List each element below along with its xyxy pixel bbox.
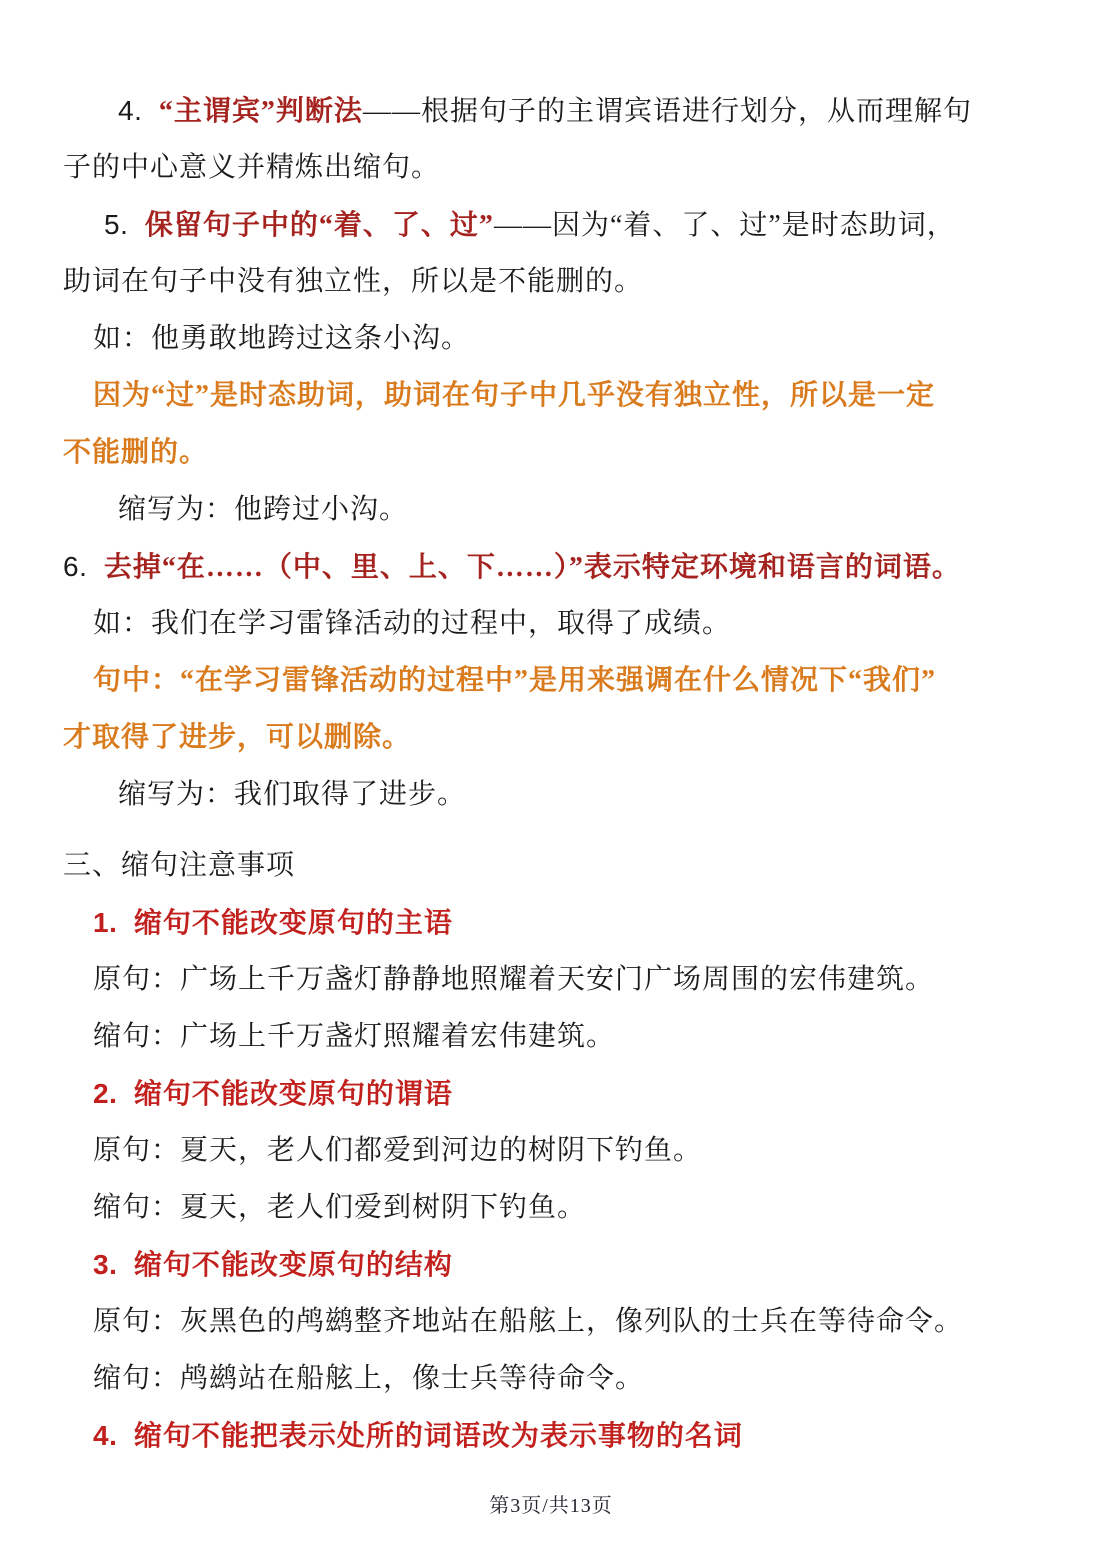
text-segment: 缩句：广场上千万盏灯照耀着宏伟建筑。 <box>93 1021 615 1052</box>
text-line: 助词在句子中没有独立性，所以是不能删的。 <box>63 253 1041 310</box>
text-segment: 缩写为：他跨过小沟。 <box>118 494 408 525</box>
text-segment: 如：他勇敢地跨过这条小沟。 <box>93 323 470 354</box>
explanation: 不能删的。 <box>63 437 208 468</box>
text-segment: ——根据句子的主谓宾语进行划分，从而理解句 <box>363 96 972 127</box>
item-number: 4. <box>118 95 159 126</box>
text-segment: 缩句：夏天，老人们爱到树阴下钓鱼。 <box>93 1192 586 1223</box>
text-line: 缩句：鸬鹚站在船舷上，像士兵等待命令。 <box>63 1350 1041 1407</box>
text-line: 句中：“在学习雷锋活动的过程中”是用来强调在什么情况下“我们” <box>63 652 1041 709</box>
item-number: 3. <box>93 1249 134 1280</box>
text-line: 2. 缩句不能改变原句的谓语 <box>63 1065 1041 1122</box>
text-line: 1. 缩句不能改变原句的主语 <box>63 894 1041 951</box>
item-number: 6. <box>63 551 104 582</box>
text-line: 缩句：广场上千万盏灯照耀着宏伟建筑。 <box>63 1008 1041 1065</box>
note-title: 缩句不能改变原句的主语 <box>134 908 453 939</box>
text-line: 原句：夏天，老人们都爱到河边的树阴下钓鱼。 <box>63 1122 1041 1179</box>
text-line: 缩句：夏天，老人们爱到树阴下钓鱼。 <box>63 1179 1041 1236</box>
text-line: 子的中心意义并精炼出缩句。 <box>63 139 1041 196</box>
item-number: 5. <box>104 209 145 240</box>
text-line: 缩写为：他跨过小沟。 <box>63 481 1041 538</box>
text-line: 因为“过”是时态助词，助词在句子中几乎没有独立性，所以是一定 <box>63 367 1041 424</box>
text-segment: 缩句：鸬鹚站在船舷上，像士兵等待命令。 <box>93 1363 644 1394</box>
text-segment: 助词在句子中没有独立性，所以是不能删的。 <box>63 266 643 297</box>
text-line: 如：我们在学习雷锋活动的过程中，取得了成绩。 <box>63 595 1041 652</box>
explanation: 因为“过”是时态助词，助词在句子中几乎没有独立性，所以是一定 <box>93 380 935 411</box>
note-title: 缩句不能把表示处所的词语改为表示事物的名词 <box>134 1421 743 1452</box>
text-line: 原句：灰黑色的鸬鹚整齐地站在船舷上，像列队的士兵在等待命令。 <box>63 1293 1041 1350</box>
item-number: 4. <box>93 1420 134 1451</box>
text-line: 5. 保留句子中的“着、了、过”——因为“着、了、过”是时态助词， <box>63 196 1041 253</box>
text-line: 三、缩句注意事项 <box>63 837 1041 894</box>
text-segment: 原句：夏天，老人们都爱到河边的树阴下钓鱼。 <box>93 1135 702 1166</box>
method-title: 保留句子中的“着、了、过” <box>145 210 494 241</box>
item-number: 2. <box>93 1078 134 1109</box>
text-line: 不能删的。 <box>63 424 1041 481</box>
text-segment: 子的中心意义并精炼出缩句。 <box>63 152 440 183</box>
text-segment: ——因为“着、了、过”是时态助词， <box>494 210 956 241</box>
explanation: 句中：“在学习雷锋活动的过程中”是用来强调在什么情况下“我们” <box>93 665 936 696</box>
method-title: 去掉“在……（中、里、上、下……）”表示特定环境和语言的词语。 <box>104 552 961 583</box>
page-number: 第3页/共13页 <box>489 1495 613 1517</box>
document-page: 4. “主谓宾”判断法——根据句子的主谓宾语进行划分，从而理解句子的中心意义并精… <box>0 0 1102 1559</box>
explanation: 才取得了进步，可以删除。 <box>63 722 411 753</box>
text-line: 4. 缩句不能把表示处所的词语改为表示事物的名词 <box>63 1407 1041 1464</box>
text-segment: 缩写为：我们取得了进步。 <box>118 779 466 810</box>
page-footer: 第3页/共13页 <box>0 1489 1102 1518</box>
text-segment: 如：我们在学习雷锋活动的过程中，取得了成绩。 <box>93 608 731 639</box>
text-line: 3. 缩句不能改变原句的结构 <box>63 1236 1041 1293</box>
text-line: 4. “主谓宾”判断法——根据句子的主谓宾语进行划分，从而理解句 <box>63 82 1041 139</box>
text-segment: 原句：广场上千万盏灯静静地照耀着天安门广场周围的宏伟建筑。 <box>93 964 934 995</box>
text-line: 6. 去掉“在……（中、里、上、下……）”表示特定环境和语言的词语。 <box>63 538 1041 595</box>
method-title: “主谓宾”判断法 <box>159 96 363 127</box>
text-line: 缩写为：我们取得了进步。 <box>63 766 1041 823</box>
note-title: 缩句不能改变原句的谓语 <box>134 1079 453 1110</box>
text-line: 才取得了进步，可以删除。 <box>63 709 1041 766</box>
item-number: 1. <box>93 907 134 938</box>
text-segment: 原句：灰黑色的鸬鹚整齐地站在船舷上，像列队的士兵在等待命令。 <box>93 1306 963 1337</box>
section-title: 三、缩句注意事项 <box>63 850 295 881</box>
text-line: 原句：广场上千万盏灯静静地照耀着天安门广场周围的宏伟建筑。 <box>63 951 1041 1008</box>
document-content: 4. “主谓宾”判断法——根据句子的主谓宾语进行划分，从而理解句子的中心意义并精… <box>63 82 1041 1464</box>
text-line: 如：他勇敢地跨过这条小沟。 <box>63 310 1041 367</box>
note-title: 缩句不能改变原句的结构 <box>134 1250 453 1281</box>
